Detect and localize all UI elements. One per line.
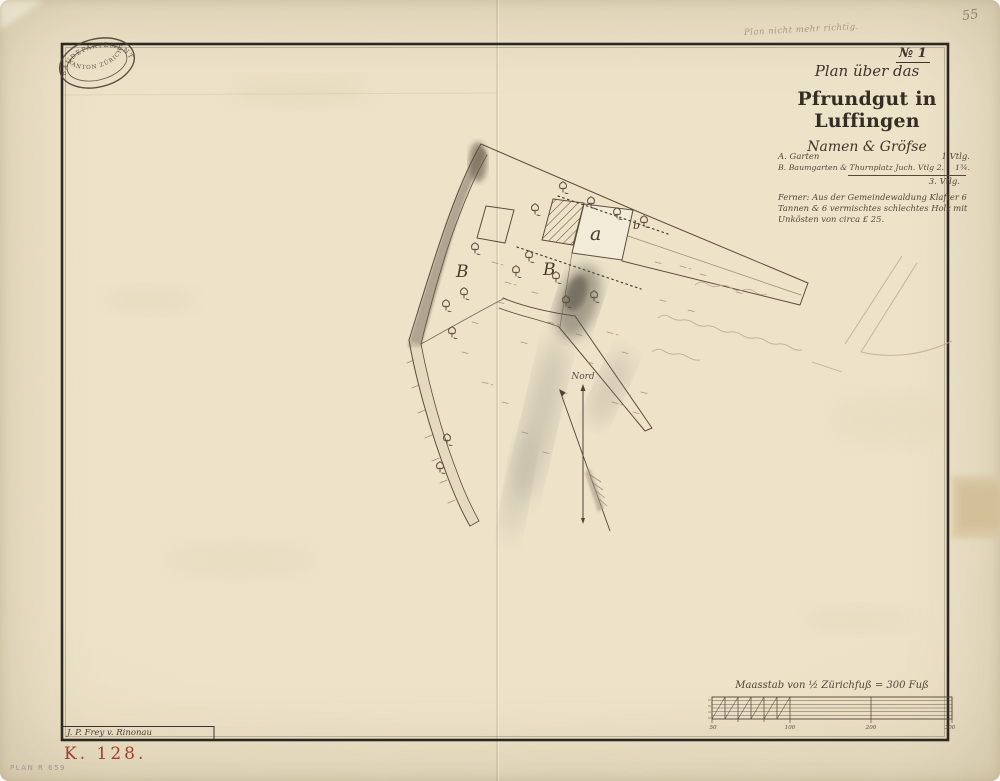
legend-note: Ferner: Aus der Gemeindewaldung Klafter … <box>778 192 970 225</box>
stamp-text-top: BAUDEPARTEMENT <box>55 34 135 77</box>
page-corner-number: 55 <box>961 7 979 24</box>
fold-creases <box>62 0 499 781</box>
scale-tick-200: 200 <box>865 725 877 731</box>
plan-number: № 1 <box>896 46 930 63</box>
scale-tick-50: 50 <box>709 725 717 731</box>
legend-name-a: Garten <box>790 152 820 162</box>
scale-bar: 50 100 200 300 Maasstab von ½ Zürichfuß … <box>708 680 956 731</box>
oval-stamp: BAUDEPARTEMENT KANTON ZÜRICH <box>54 31 139 96</box>
title-line-2: Pfrundgut in Luffingen <box>760 88 974 132</box>
scale-tick-300: 300 <box>945 725 956 731</box>
svg-text:BAUDEPARTEMENT: BAUDEPARTEMENT <box>55 34 135 77</box>
legend-key-b: B. <box>778 163 786 172</box>
small-building-outline <box>477 206 514 243</box>
archive-number-red: K. 128. <box>64 744 146 764</box>
surveyor-signature: J. P. Frey v. Rinonau <box>67 728 152 738</box>
parcel-boundaries <box>409 144 808 526</box>
paper-corner-highlight <box>0 0 44 30</box>
legend-value-a: 1 Vtlg. <box>941 152 970 163</box>
legend-item-b: B. Baumgarten & Thurnplatz Juch. Vtlg 2.… <box>778 163 970 174</box>
parcel-label-a: a <box>590 223 601 245</box>
grass-marks <box>462 262 742 454</box>
title-block: Plan über das Pfrundgut in Luffingen Nam… <box>760 62 974 155</box>
edge-hatching <box>407 360 455 503</box>
scale-tick-100: 100 <box>785 725 796 731</box>
title-line-1: Plan über das <box>760 62 974 80</box>
ink-smudges <box>497 260 640 542</box>
scanned-plan-page: BAUDEPARTEMENT KANTON ZÜRICH <box>0 0 1000 781</box>
legend-sum: 3. Vtlg. <box>778 177 970 187</box>
scale-caption: Maasstab von ½ Zürichfuß = 300 Fuß <box>734 680 928 691</box>
parcel-label-b-left: B <box>455 262 469 282</box>
legend-value-b: 1¾. <box>955 163 970 174</box>
plan-drawing: B B a b <box>407 142 808 541</box>
legend-name-b: Baumgarten & Thurnplatz Juch. Vtlg 2. <box>789 163 944 172</box>
lower-arm-wash <box>409 340 479 526</box>
parcel-label-b-small: b <box>633 219 640 232</box>
legend-underline <box>848 175 966 176</box>
north-label: Nord <box>570 372 595 382</box>
arrow-feather <box>585 468 604 512</box>
legend: A. Garten 1 Vtlg. B. Baumgarten & Thurnp… <box>778 152 970 225</box>
pencil-road-sketch <box>845 256 952 355</box>
pencil-annotations <box>652 282 842 372</box>
legend-key-a: A. <box>778 152 787 162</box>
parcel-label-b-center: B <box>542 260 556 280</box>
archive-corner-stamp: PLAN R 659 <box>10 764 66 772</box>
legend-item-a: A. Garten 1 Vtlg. <box>778 152 970 163</box>
